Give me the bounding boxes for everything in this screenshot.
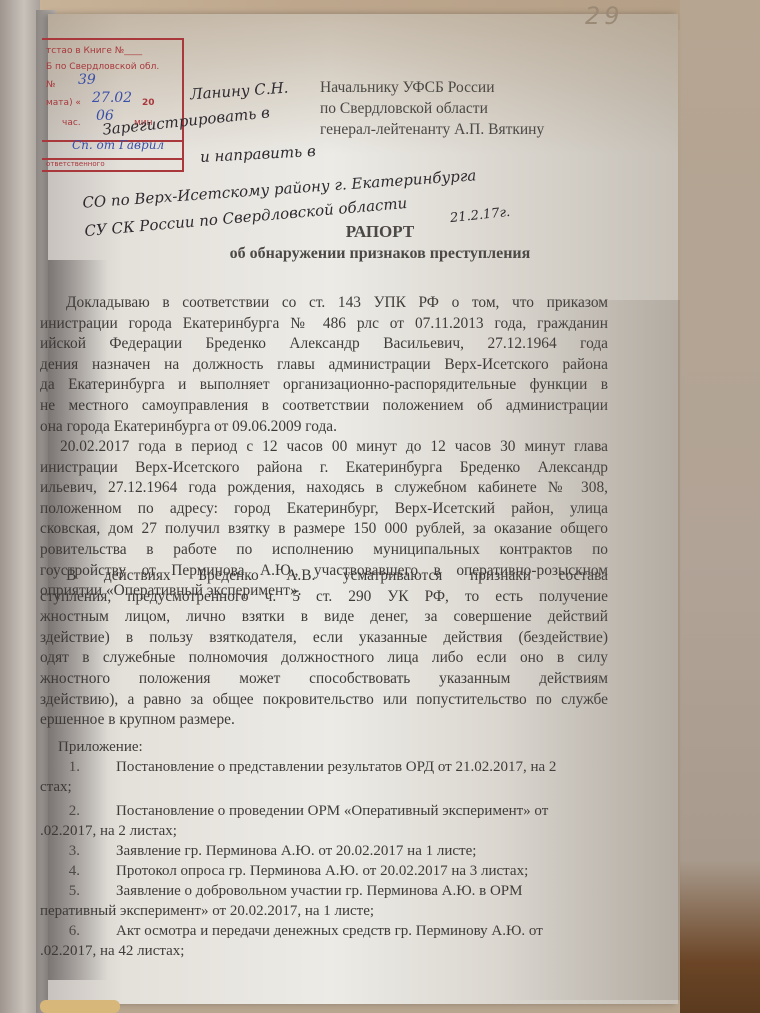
text-line: Докладываю в соответствии со ст. 143 УПК… <box>40 293 608 314</box>
attachment-text: Заявление гр. Перминова А.Ю. от 20.02.20… <box>116 843 476 859</box>
stamp-line: ответственного <box>46 160 105 168</box>
text-line: ершенное в крупном размере. <box>40 710 608 731</box>
text-line: положенном по адресу: город Екатеринбург… <box>40 499 608 520</box>
page-number-handwritten: 29 <box>585 2 624 30</box>
attachment-number: 4. <box>40 861 80 881</box>
attachment-text-cont: перативный эксперимент» от 20.02.2017, н… <box>40 901 608 921</box>
attachment-item: 1.Постановление о представлении результа… <box>40 757 608 777</box>
text-line: да Екатеринбурга и выполняет организацио… <box>40 375 608 396</box>
paragraph-3: В действиях Бреденко А.В. усматриваются … <box>40 566 608 731</box>
text-line: инистрации города Екатеринбурга № 486 рл… <box>40 314 608 335</box>
paragraph-1: Докладываю в соответствии со ст. 143 УПК… <box>40 293 608 437</box>
attachment-text: Протокол опроса гр. Перминова А.Ю. от 20… <box>116 863 528 879</box>
text-line: она города Екатеринбурга от 09.06.2009 г… <box>40 417 608 438</box>
text-line: здействие) в пользу взяткодателя, если у… <box>40 628 608 649</box>
text-line: одят в служебные полномочия должностного… <box>40 648 608 669</box>
document-subtitle: об обнаружении признаков преступления <box>0 245 760 263</box>
stamp-line: час. <box>62 118 81 128</box>
stamp-year: 20 <box>142 98 155 108</box>
text-line: В действиях Бреденко А.В. усматриваются … <box>40 566 608 587</box>
text-line: не местного самоуправления в соответстви… <box>40 396 608 417</box>
stamp-line: мата) « <box>46 98 81 108</box>
text-line: ровительства в работе по исполнению муни… <box>40 540 608 561</box>
document-title: РАПОРТ <box>0 222 760 242</box>
addressee-line: генерал-лейтенанту А.П. Вяткину <box>320 119 544 140</box>
attachments-list: Приложение: 1.Постановление о представле… <box>40 737 608 961</box>
stamp-signature: Сп. от Гаврил <box>72 138 164 152</box>
attachment-item: 2.Постановление о проведении ОРМ «Операт… <box>40 801 608 821</box>
attachment-text-cont: .02.2017, на 2 листах; <box>40 821 608 841</box>
text-line: сковская, дом 27 получил взятку в размер… <box>40 519 608 540</box>
text-line: ступления, предусмотренного ч. 5 ст. 290… <box>40 587 608 608</box>
addressee-line: по Свердловской области <box>320 98 544 119</box>
attachment-item: 6.Акт осмотра и передачи денежных средст… <box>40 921 608 941</box>
text-line: ильевич, 27.12.1964 года рождения, наход… <box>40 478 608 499</box>
addressee-line: Начальнику УФСБ России <box>320 77 544 98</box>
stamp-date: 27.02 <box>92 90 132 106</box>
stamp-line: тстао в Книге №____ <box>46 46 142 56</box>
attachment-text: Постановление о проведении ОРМ «Оператив… <box>116 803 548 819</box>
attachment-number: 1. <box>40 757 80 777</box>
background-object <box>40 1000 120 1013</box>
attachment-text-cont: .02.2017, на 42 листах; <box>40 941 608 961</box>
attachment-text-cont: стах; <box>40 777 608 797</box>
text-line: ийской Федерации Бреденко Александр Васи… <box>40 334 608 355</box>
registration-stamp: тстао в Книге №____ Б по Свердловской об… <box>42 38 184 172</box>
attachment-text: Постановление о представлении результато… <box>116 759 556 775</box>
attachment-item: 5.Заявление о добровольном участии гр. П… <box>40 881 608 901</box>
stamp-line: Б по Свердловской обл. <box>46 62 159 72</box>
text-line: 20.02.2017 года в период с 12 часов 00 м… <box>40 437 608 458</box>
attachment-number: 2. <box>40 801 80 821</box>
attachment-text: Заявление о добровольном участии гр. Пер… <box>116 883 523 899</box>
attachment-text: Акт осмотра и передачи денежных средств … <box>116 923 543 939</box>
attachment-item: 3.Заявление гр. Перминова А.Ю. от 20.02.… <box>40 841 608 861</box>
addressee-block: Начальнику УФСБ России по Свердловской о… <box>320 77 544 140</box>
stamp-line: № <box>46 80 55 90</box>
attachments-heading: Приложение: <box>58 737 608 757</box>
text-line: жностным лицом, лично взятки в виде дене… <box>40 607 608 628</box>
attachment-number: 3. <box>40 841 80 861</box>
attachment-item: 4.Протокол опроса гр. Перминова А.Ю. от … <box>40 861 608 881</box>
background-right <box>680 0 760 1013</box>
text-line: инистрации Верх-Исетского района г. Екат… <box>40 458 608 479</box>
text-line: здействию), а равно за общее покровитель… <box>40 690 608 711</box>
stamp-number: 39 <box>78 72 96 88</box>
background-left <box>0 0 40 1013</box>
attachment-number: 5. <box>40 881 80 901</box>
text-line: дения назначен на должность главы админи… <box>40 355 608 376</box>
attachment-number: 6. <box>40 921 80 941</box>
text-line: жностного положения может способствовать… <box>40 669 608 690</box>
